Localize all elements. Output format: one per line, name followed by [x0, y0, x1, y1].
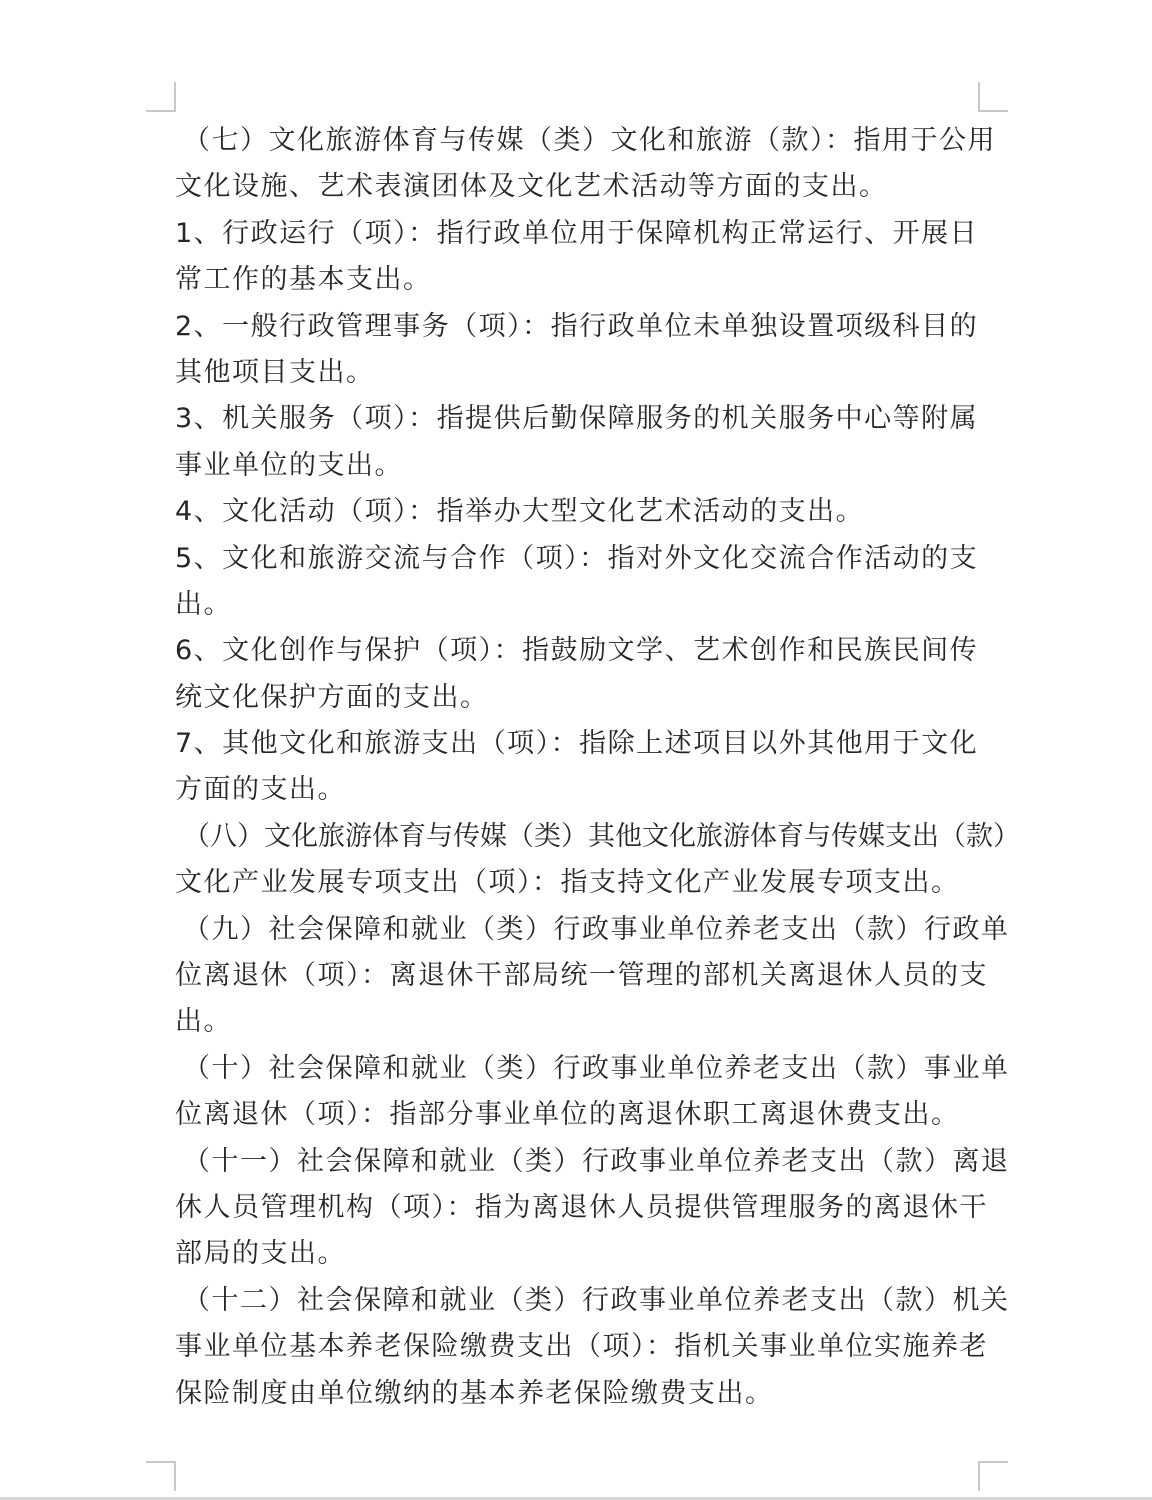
document-page: （七）文化旅游体育与传媒（类）文化和旅游（款）：指用于公用 文化设施、艺术表演团… — [0, 0, 1152, 1497]
document-body: （七）文化旅游体育与传媒（类）文化和旅游（款）：指用于公用 文化设施、艺术表演团… — [175, 118, 985, 1417]
paragraph-line: 方面的支出。 — [175, 767, 985, 813]
top-right-margin-mark — [978, 82, 1008, 112]
bottom-right-margin-mark — [978, 1461, 1008, 1491]
paragraph-line: 出。 — [175, 582, 985, 628]
paragraph-line: 事业单位的支出。 — [175, 443, 985, 489]
paragraph-line: 位离退休（项）：离退休干部局统一管理的部机关离退休人员的支 — [175, 953, 985, 999]
paragraph-line: 常工作的基本支出。 — [175, 257, 985, 303]
paragraph-line: （七）文化旅游体育与传媒（类）文化和旅游（款）：指用于公用 — [175, 118, 985, 164]
paragraph-line: 7、其他文化和旅游支出（项）：指除上述项目以外其他用于文化 — [175, 721, 985, 767]
paragraph-line: （十）社会保障和就业（类）行政事业单位养老支出（款）事业单 — [175, 1046, 985, 1092]
paragraph-line: （九）社会保障和就业（类）行政事业单位养老支出（款）行政单 — [175, 907, 985, 953]
paragraph-line: 文化产业发展专项支出（项）：指支持文化产业发展专项支出。 — [175, 860, 985, 906]
paragraph-line: 出。 — [175, 999, 985, 1045]
paragraph-line: （十二）社会保障和就业（类）行政事业单位养老支出（款）机关 — [175, 1278, 985, 1324]
paragraph-line: 1、行政运行（项）：指行政单位用于保障机构正常运行、开展日 — [175, 211, 985, 257]
paragraph-line: 文化设施、艺术表演团体及文化艺术活动等方面的支出。 — [175, 164, 985, 210]
paragraph-line: 4、文化活动（项）：指举办大型文化艺术活动的支出。 — [175, 489, 985, 535]
paragraph-line: （八）文化旅游体育与传媒（类）其他文化旅游体育与传媒支出（款） — [175, 814, 985, 860]
paragraph-line: 事业单位基本养老保险缴费支出（项）：指机关事业单位实施养老 — [175, 1324, 985, 1370]
paragraph-line: 其他项目支出。 — [175, 350, 985, 396]
paragraph-line: 位离退休（项）：指部分事业单位的离退休职工离退休费支出。 — [175, 1092, 985, 1138]
paragraph-line: 6、文化创作与保护（项）：指鼓励文学、艺术创作和民族民间传 — [175, 628, 985, 674]
bottom-left-margin-mark — [146, 1461, 176, 1491]
paragraph-line: 5、文化和旅游交流与合作（项）：指对外文化交流合作活动的支 — [175, 536, 985, 582]
paragraph-line: 2、一般行政管理事务（项）：指行政单位未单独设置项级科目的 — [175, 304, 985, 350]
paragraph-line: （十一）社会保障和就业（类）行政事业单位养老支出（款）离退 — [175, 1139, 985, 1185]
paragraph-line: 休人员管理机构（项）：指为离退休人员提供管理服务的离退休干 — [175, 1185, 985, 1231]
paragraph-line: 统文化保护方面的支出。 — [175, 675, 985, 721]
paragraph-line: 部局的支出。 — [175, 1231, 985, 1277]
top-left-margin-mark — [146, 82, 176, 112]
paragraph-line: 保险制度由单位缴纳的基本养老保险缴费支出。 — [175, 1371, 985, 1417]
paragraph-line: 3、机关服务（项）：指提供后勤保障服务的机关服务中心等附属 — [175, 396, 985, 442]
